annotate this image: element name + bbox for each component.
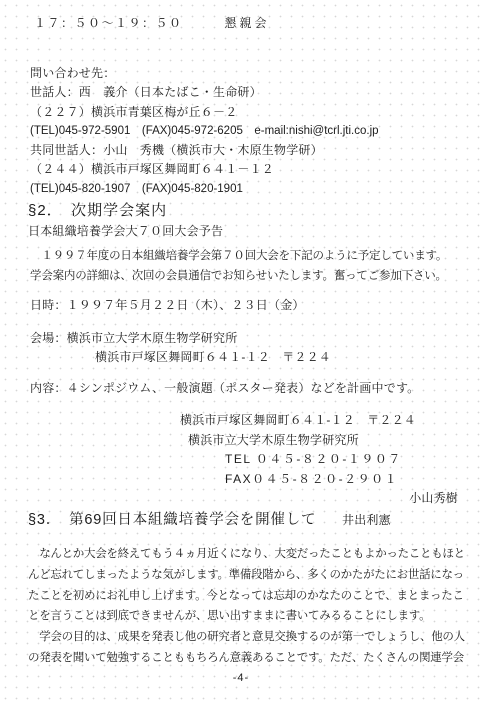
section3-author: 井出利憲 [342,511,391,528]
address-line-fax: FAX０４５-８２０-２９０１ [225,470,416,490]
body-line: んど忘れてしまったような気がします。準備段階から、多くのかたがたにお世話になっ [28,565,465,586]
contact-line-address2: （２４４）横浜市戸塚区舞岡町６４１－１２ [30,160,379,179]
section2-heading: §2． 次期学会案内 [28,199,167,220]
contact-heading: 問い合わせ先： [30,64,379,83]
venue-line-2: 横浜市戸塚区舞岡町６４１-１２ 〒２２４ [95,348,331,365]
contact-line-tel-fax2: (TEL)045-820-1907 (FAX)045-820-1901 [30,180,379,199]
body-line: 学会の目的は、成果を発表し他の研究者と意見交換するのが第一でしょうし、他の人 [28,627,465,648]
signature-name: 小山秀樹 [409,489,458,506]
body-line: の発表を聞いて勉強することももちろん意義あることです。ただ、たくさんの関連学会 [28,648,465,669]
body-line: とを言うことは到底できませんが、思い出すままに書いてみるることにします。 [28,606,465,627]
scanned-document-page: １７：５０～１９：５０ 懇親会 問い合わせ先： 世話人：西 義介（日本たばこ・生… [0,0,482,708]
address-line-institute: 横浜市立大学木原生物学研究所 [188,431,416,451]
section2-intro: １９９７年度の日本組織培養学会第７０回大会を下記のように予定しています。 学会案… [30,247,447,286]
schedule-line: １７：５０～１９：５０ 懇親会 [34,14,270,31]
contact-line-organizer: 世話人：西 義介（日本たばこ・生命研） [30,83,379,102]
schedule-event: 懇親会 [225,14,270,31]
address-block: 横浜市戸塚区舞岡町６４１-１２ 〒２２４ 横浜市立大学木原生物学研究所 TEL … [180,411,416,490]
section2-intro-line: １９９７年度の日本組織培養学会第７０回大会を下記のように予定しています。 [30,247,447,267]
body-line: たことを初めにお礼申し上げます。今となっては忘却のかなたのことで、まとまったこ [28,586,465,607]
section3-heading: §3． 第69回日本組織培養学会を開催して [28,508,316,529]
address-line-tel: TEL ０４５-８２０-１９０７ [225,450,416,470]
contact-line-address1: （２２７）横浜市青葉区梅が丘６－２ [30,103,379,122]
contact-block: 問い合わせ先： 世話人：西 義介（日本たばこ・生命研） （２２７）横浜市青葉区梅… [30,64,379,199]
contact-line-co-organizer: 共同世話人：小山 秀機（横浜市大・木原生物学研） [30,141,379,160]
body-line: なんとか大会を終えてもう４ヵ月近くになり、大変だったこともよかったこともほと [28,544,465,565]
section3-body-paragraph: なんとか大会を終えてもう４ヵ月近くになり、大変だったこともよかったこともほと ん… [28,544,465,669]
section2-subheading: 日本組織培養学会大７０回大会予告 [28,222,223,239]
address-line-street: 横浜市戸塚区舞岡町６４１-１２ 〒２２４ [180,411,416,431]
program-content-line: 内容：４シンポジウム、一般演題（ポスター発表）などを計画中です。 [30,379,419,396]
venue-line-1: 会場：横浜市立大学木原生物学研究所 [30,329,237,346]
section2-intro-line: 学会案内の詳細は、次回の会員通信でお知らせいたします。奮ってご参加下さい。 [30,267,447,287]
contact-line-tel-fax-email: (TEL)045-972-5901 (FAX)045-972-6205 e-ma… [30,122,379,141]
page-number: -4- [0,672,482,684]
meeting-date-line: 日時：１９９７年５月２２日（木）、２３日（金） [30,296,305,313]
schedule-time: １７：５０～１９：５０ [34,14,183,31]
